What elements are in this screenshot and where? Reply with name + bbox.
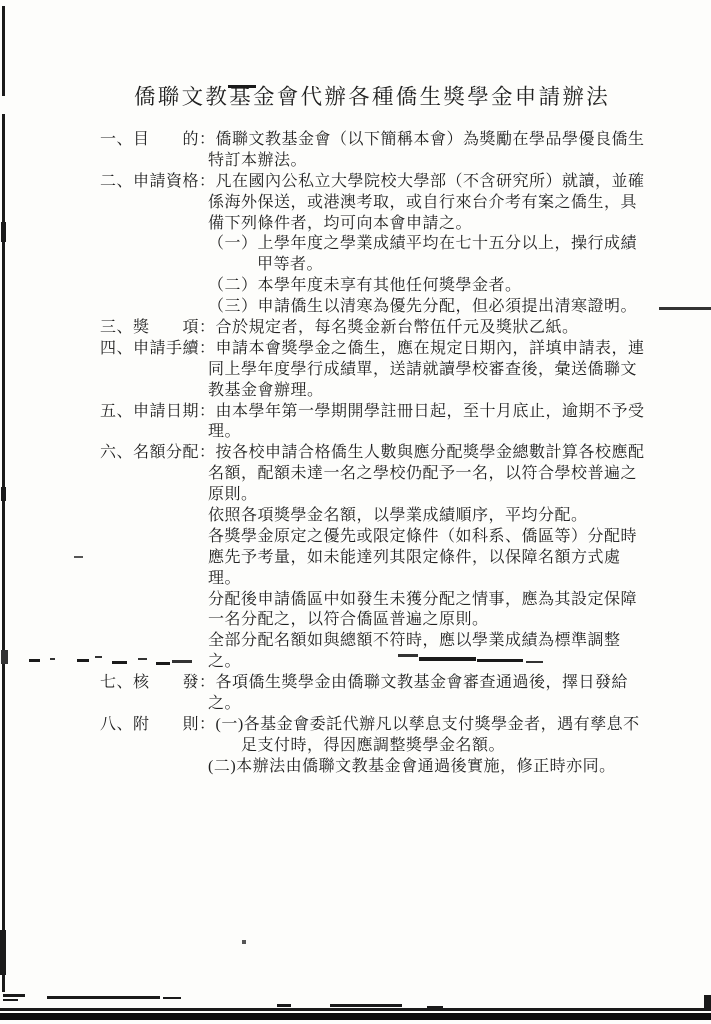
scan-artifact-title-strike [228,85,256,88]
doc-line: （一）上學年度之學業成績平均在七十五分以上，操行成績 [0,234,711,255]
scan-artifact-left-edge-blob [1,487,6,501]
doc-line: 依照各項獎學金名額，以學業成績順序，平均分配。 [0,506,711,527]
doc-line: (二)本辦法由僑聯文教基金會通過後實施，修正時亦同。 [0,757,711,778]
doc-line: 特訂本辦法。 [0,151,711,172]
scan-artifact-bottom-right-mark [704,995,711,1009]
scan-artifact-left-edge-blob [0,930,6,975]
doc-line: 理。 [0,422,711,443]
scan-artifact-bottom-thin-line [0,1008,711,1011]
scan-artifact-smudge [138,658,147,660]
doc-line: 甲等者。 [0,255,711,276]
scan-artifact-smudge [1,650,8,664]
doc-line: 應先予考量，如未能達列其限定條件，以保障名額方式處 [0,548,711,569]
scan-artifact-bottom-mark [277,1004,291,1007]
doc-line: 同上學年度學行成績單，送請就讀學校審查後，彙送僑聯文 [0,360,711,381]
scan-artifact-bottom-mark [3,999,18,1001]
scan-artifact-smudge [477,659,523,662]
doc-line: 各獎學金原定之優先或限定條件（如科系、僑區等）分配時 [0,527,711,548]
doc-line: 六、名額分配：按各校申請合格僑生人數與應分配獎學金總數計算各校應配 [0,443,711,464]
scan-artifact-smudge [77,659,89,662]
doc-line: 一、目 的：僑聯文教基金會（以下簡稱本會）為獎勵在學品學優良僑生 [0,130,711,151]
doc-line: 教基金會辦理。 [0,381,711,402]
scan-artifact-smudge [172,660,192,663]
doc-line: 四、申請手續：申請本會獎學金之僑生，應在規定日期內，詳填申請表，連 [0,339,711,360]
doc-line: 八、附 則：(一)各基金會委託代辦凡以孳息支付獎學金者，遇有孳息不 [0,715,711,736]
doc-line: 分配後申請僑區中如發生未獲分配之情事，應為其設定保障 [0,590,711,611]
scan-artifact-smudge [112,661,127,664]
scan-artifact-left-edge-gap [0,96,9,114]
scan-artifact-smudge [526,661,543,663]
doc-line: 之。 [0,694,711,715]
document-title: 僑聯文教基金會代辦各種僑生獎學金申請辦法 [134,80,610,111]
scan-artifact-smudge [419,657,476,661]
scan-artifact-smudge [29,659,40,662]
scan-artifact-smudge [50,658,55,660]
doc-line: 足支付時，得因應調整獎學金名額。 [0,736,711,757]
document-body: 一、目 的：僑聯文教基金會（以下簡稱本會）為獎勵在學品學優良僑生 特訂本辦法。 … [0,130,711,778]
doc-line: 原則。 [0,485,711,506]
scan-artifact-dash [74,556,83,558]
doc-line: 名額，配額未達一名之學校仍配予一名，以符合學校普遍之 [0,464,711,485]
doc-line: （三）申請僑生以清寒為優先分配，但必須提出清寒證明。 [0,297,711,318]
scan-artifact-smudge [398,654,418,657]
doc-line: 備下列條件者，均可向本會申請之。 [0,214,711,235]
doc-line: 五、申請日期：由本學年第一學期開學註冊日起，至十月底止，逾期不予受 [0,402,711,423]
scan-artifact-bottom-mark [163,997,181,999]
scan-artifact-dot [242,940,246,944]
doc-line: （二）本學年度未享有其他任何獎學金者。 [0,276,711,297]
scan-artifact-right-margin-line [659,307,711,310]
scan-artifact-left-edge-blob [1,222,6,242]
scan-artifact-bottom-mark [330,1004,402,1007]
scan-artifact-bottom-thick-band [0,1013,711,1020]
doc-line: 係海外保送，或港澳考取，或自行來台介考有案之僑生，具 [0,193,711,214]
doc-line: 全部分配名額如與總額不符時，應以學業成績為標準調整 [0,631,711,652]
scan-artifact-bottom-mark [3,994,25,997]
doc-line: 之。 [0,652,711,673]
scan-artifact-smudge [156,662,170,665]
scan-artifact-bottom-mark [47,996,160,999]
doc-line: 一名分配之，以符合僑區普遍之原則。 [0,610,711,631]
doc-line: 三、獎 項：合於規定者，每名獎金新台幣伍仟元及獎狀乙紙。 [0,318,711,339]
doc-line: 理。 [0,569,711,590]
scan-artifact-smudge [95,656,102,658]
doc-line: 七、核 發：各項僑生獎學金由僑聯文教基金會審查通過後，擇日發給 [0,673,711,694]
scan-artifact-dot [609,301,613,304]
doc-line: 二、申請資格：凡在國內公私立大學院校大學部（不含研究所）就讀，並確 [0,172,711,193]
scanned-document-page: 僑聯文教基金會代辦各種僑生獎學金申請辦法 一、目 的：僑聯文教基金會（以下簡稱本… [0,0,711,1024]
